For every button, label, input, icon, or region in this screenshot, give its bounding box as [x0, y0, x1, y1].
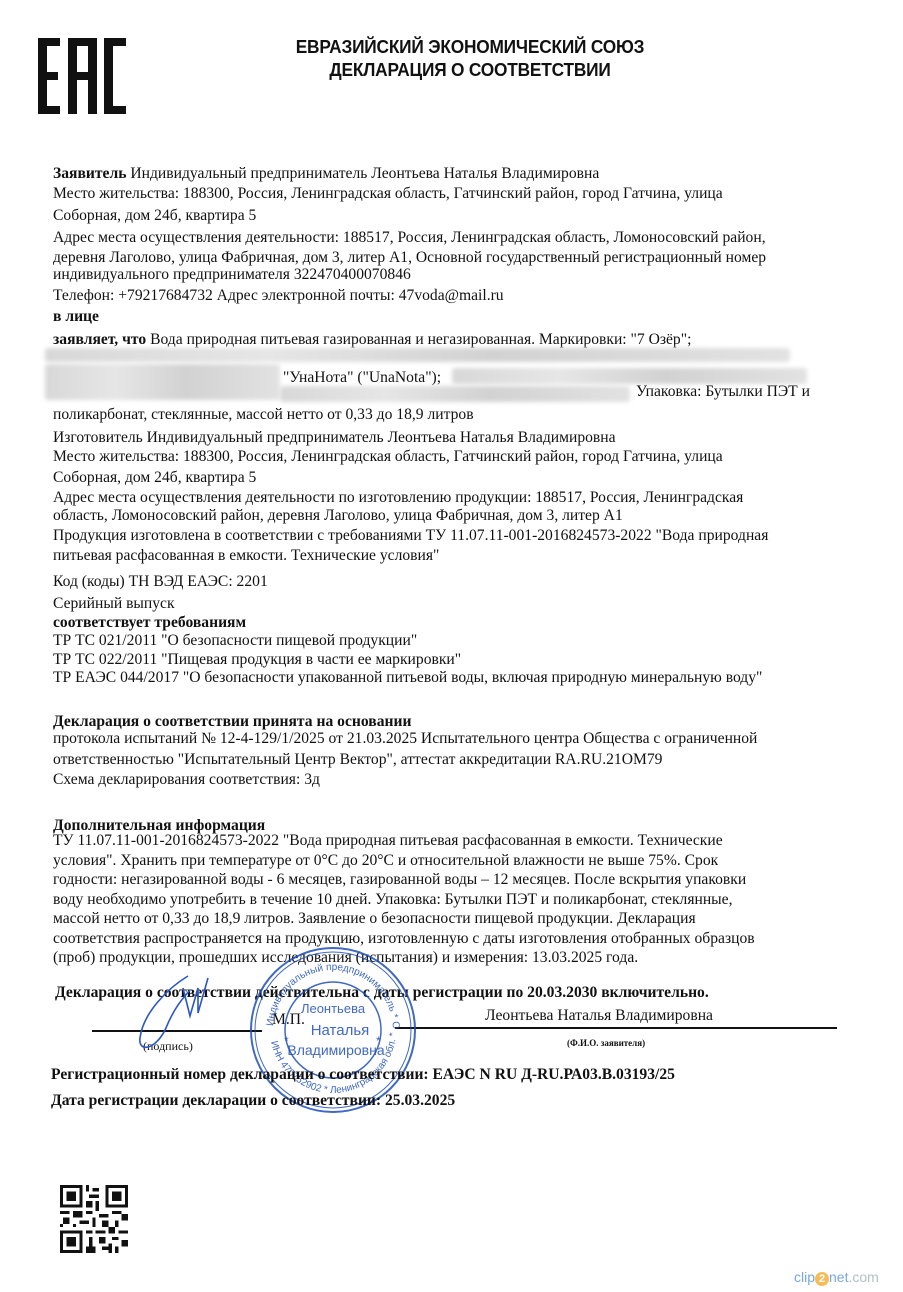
redacted-region [45, 348, 790, 362]
manufacturer-line-6: Продукция изготовлена в соответствии с т… [53, 526, 768, 546]
in-person-label: в лице [53, 307, 99, 327]
product-line-4: Упаковка: Бутылки ПЭТ и [636, 382, 810, 402]
qr-code-icon[interactable] [60, 1183, 128, 1255]
declaration-scheme: Схема декларирования соответствия: 3д [53, 770, 320, 790]
eac-logo-icon [36, 38, 126, 114]
signer-name: Леонтьева Наталья Владимировна [485, 1006, 713, 1026]
applicant-activity-3: индивидуального предпринимателя 32247040… [53, 265, 411, 285]
watermark: clip2net.com [794, 1269, 879, 1286]
svg-text:Наталья: Наталья [311, 1022, 370, 1039]
manufacturer-line-4: Адрес места осуществления деятельности п… [53, 488, 743, 508]
svg-text:Владимировна: Владимировна [287, 1042, 384, 1058]
requirements-label: соответствует требованиям [53, 613, 246, 633]
manufacturer-line-2: Место жительства: 188300, Россия, Ленинг… [53, 447, 723, 467]
declaration-title: ДЕКЛАРАЦИЯ О СООТВЕТСТВИИ [211, 59, 729, 82]
product-line-1: заявляет, что Вода природная питьевая га… [53, 330, 691, 350]
watermark-logo-icon: 2 [815, 1272, 829, 1286]
applicant-contacts: Телефон: +79217684732 Адрес электронной … [53, 286, 504, 306]
manufacturer-line-3: Соборная, дом 24б, квартира 5 [53, 468, 256, 488]
manufacturer-line-7: питьевая расфасованная в емкости. Технич… [53, 546, 439, 566]
fio-caption: (Ф.И.О. заявителя) [567, 1033, 645, 1053]
svg-text:*: * [284, 1034, 289, 1048]
requirement-item: ТР ТС 022/2011 "Пищевая продукция в част… [53, 650, 461, 670]
additional-line: условия". Хранить при температуре от 0°С… [53, 851, 718, 871]
official-stamp-icon: Индивидуальный предприниматель * ОГРН 32… [248, 945, 418, 1115]
basis-line-1: протокола испытаний № 12-4-129/1/2025 от… [53, 729, 757, 749]
applicant-name: Индивидуальный предприниматель Леонтьева… [130, 165, 599, 182]
registration-number: Регистрационный номер декларации о соотв… [51, 1065, 675, 1085]
additional-line: годности: негазированной воды - 6 месяце… [53, 870, 746, 890]
declares-label: заявляет, что [53, 331, 146, 348]
release-type: Серийный выпуск [53, 594, 175, 614]
applicant-label: Заявитель [53, 165, 126, 182]
applicant-line: Заявитель Индивидуальный предприниматель… [53, 164, 599, 184]
document-header: ЕВРАЗИЙСКИЙ ЭКОНОМИЧЕСКИЙ СОЮЗ ДЕКЛАРАЦИ… [211, 36, 729, 82]
svg-text:Леонтьева: Леонтьева [301, 1001, 366, 1016]
additional-line: массой нетто от 0,33 до 18,9 литров. Зая… [53, 909, 696, 929]
applicant-activity-1: Адрес места осуществления деятельности: … [53, 228, 766, 248]
requirement-item: ТР ТС 021/2011 "О безопасности пищевой п… [53, 631, 417, 651]
svg-text:*: * [376, 1034, 381, 1048]
redacted-region [45, 364, 280, 400]
manufacturer-line-1: Изготовитель Индивидуальный предпринимат… [53, 428, 616, 448]
product-line-3: "УнаНота" ("UnaNota"); [283, 368, 441, 388]
tn-ved-code: Код (коды) ТН ВЭД ЕАЭС: 2201 [53, 572, 268, 592]
redacted-region [280, 386, 630, 402]
additional-line: воду необходимо употребить в течение 10 … [53, 890, 732, 910]
applicant-residence-2: Соборная, дом 24б, квартира 5 [53, 206, 256, 226]
fio-line [395, 1027, 837, 1029]
requirement-item: ТР ЕАЭС 044/2017 "О безопасности упакова… [53, 668, 762, 688]
svg-text:Индивидуальный предприниматель: Индивидуальный предприниматель * ОГРН 32… [248, 945, 401, 1030]
manufacturer-line-5: область, Ломоносовский район, деревня Ла… [53, 506, 623, 526]
additional-line: ТУ 11.07.11-001-2016824573-2022 "Вода пр… [53, 831, 723, 851]
applicant-residence-1: Место жительства: 188300, Россия, Ленинг… [53, 184, 723, 204]
handwritten-signature-icon [128, 968, 238, 1058]
basis-line-2: ответственностью "Испытательный Центр Ве… [53, 750, 662, 770]
product-line-5: поликарбонат, стеклянные, массой нетто о… [53, 405, 474, 425]
registration-date: Дата регистрации декларации о соответств… [51, 1091, 455, 1111]
union-title: ЕВРАЗИЙСКИЙ ЭКОНОМИЧЕСКИЙ СОЮЗ [211, 36, 729, 59]
